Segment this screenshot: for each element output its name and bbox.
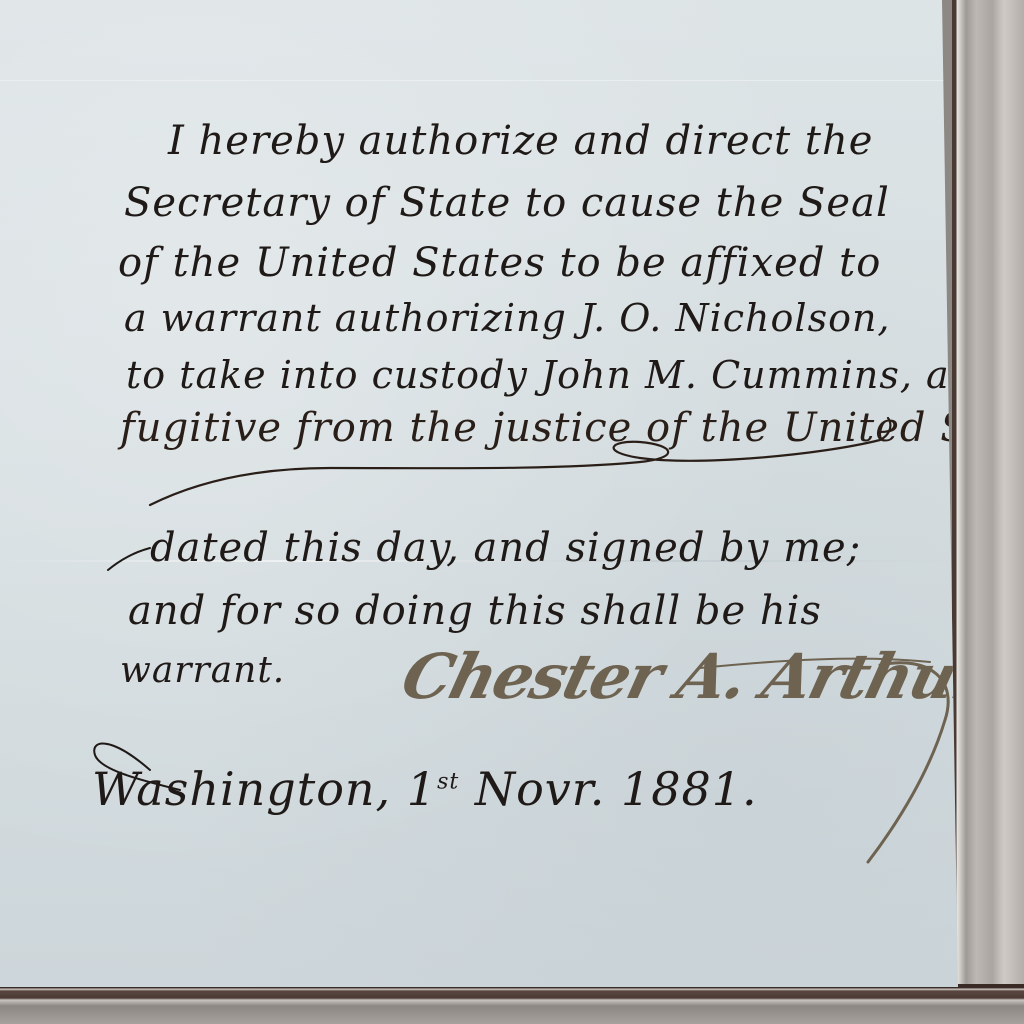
signature: Chester A. Arthur xyxy=(395,640,994,713)
dateline-place: Washington, xyxy=(92,762,391,816)
body-line-5: to take into custody John M. Cummins, a xyxy=(126,353,950,397)
body-line-1: I hereby authorize and direct the xyxy=(168,118,873,164)
body-line-6: fugitive from the justice of the United … xyxy=(120,405,1024,451)
frame-mat-right xyxy=(952,0,1024,1024)
body-line-7: dated this day, and signed by me; xyxy=(150,525,861,571)
document-paper: I hereby authorize and direct the Secret… xyxy=(0,0,958,987)
dateline-month-year: Novr. 1881. xyxy=(475,762,758,816)
paper-fold-top xyxy=(0,80,958,81)
frame-mat-bottom xyxy=(0,984,1024,1024)
dateline: Washington, 1st Novr. 1881. xyxy=(92,762,758,816)
body-line-9: warrant. xyxy=(120,650,285,691)
body-line-4: a warrant authorizing J. O. Nicholson, xyxy=(124,296,891,340)
dateline-day: 1 xyxy=(407,762,437,816)
body-line-3: of the United States to be affixed to xyxy=(118,240,881,286)
body-line-8: and for so doing this shall be his xyxy=(128,588,822,634)
dateline-day-suffix: st xyxy=(437,770,459,795)
body-line-2: Secretary of State to cause the Seal xyxy=(124,180,890,226)
